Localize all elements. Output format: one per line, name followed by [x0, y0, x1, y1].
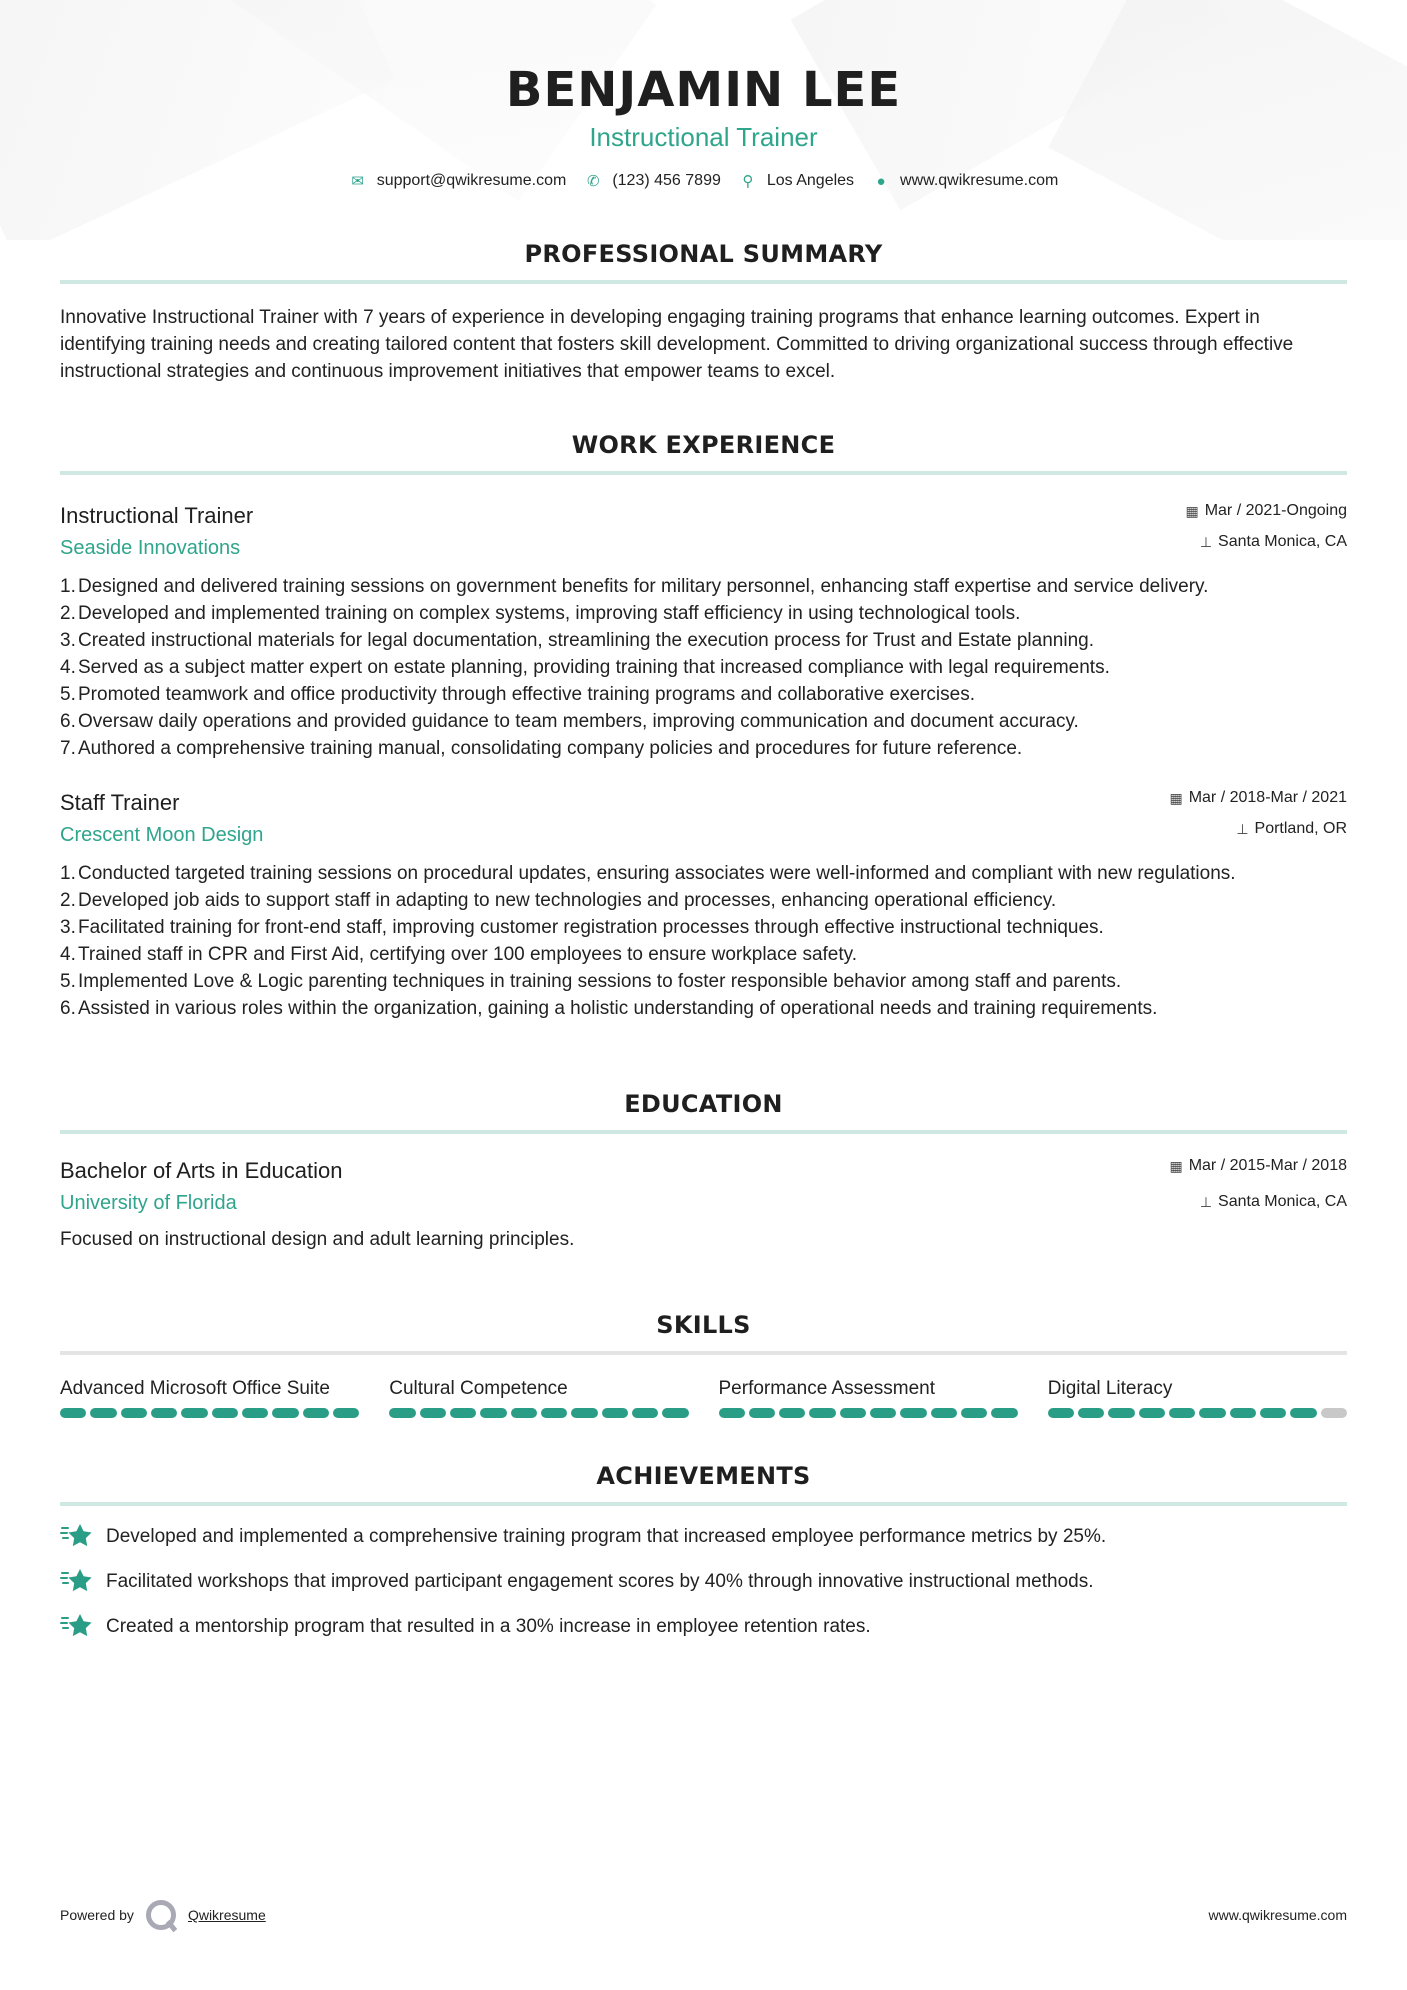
job-date: Mar / 2018-Mar / 2021: [1189, 788, 1347, 808]
skill-level-dot: [779, 1408, 805, 1418]
job-entry: Staff TrainerCrescent Moon Design▦Mar / …: [60, 788, 1347, 1022]
skill-level-dot: [931, 1408, 957, 1418]
skill-level-dot: [1048, 1408, 1074, 1418]
bullet-item: Implemented Love & Logic parenting techn…: [78, 968, 1347, 995]
skill-level-dot: [1108, 1408, 1134, 1418]
job-bullets: Conducted targeted training sessions on …: [60, 860, 1347, 1022]
degree-title: Bachelor of Arts in Education: [60, 1156, 343, 1186]
phone-icon: ✆: [584, 172, 602, 190]
contact-item[interactable]: ⚲Los Angeles: [739, 172, 854, 190]
footer-url[interactable]: www.qwikresume.com: [1209, 1907, 1347, 1923]
resume-header: BENJAMIN LEE Instructional Trainer ✉supp…: [60, 0, 1347, 190]
skill-level-dot: [242, 1408, 268, 1418]
bullet-item: Trained staff in CPR and First Aid, cert…: [78, 941, 1347, 968]
bullet-item: Served as a subject matter expert on est…: [78, 654, 1347, 681]
skill-level-dot: [541, 1408, 567, 1418]
skill-level-dot: [870, 1408, 896, 1418]
section-divider: [60, 1130, 1347, 1134]
bullet-item: Assisted in various roles within the org…: [78, 995, 1347, 1022]
achievement-text: Developed and implemented a comprehensiv…: [106, 1523, 1106, 1550]
section-title: SKILLS: [60, 1311, 1347, 1339]
star-icon: [60, 1612, 94, 1640]
section-skills: SKILLS Advanced Microsoft Office SuiteCu…: [60, 1311, 1347, 1418]
calendar-icon: ▦: [1169, 1156, 1182, 1176]
summary-text: Innovative Instructional Trainer with 7 …: [60, 304, 1347, 385]
resume-page: BENJAMIN LEE Instructional Trainer ✉supp…: [0, 0, 1407, 1640]
skill-level-meter: [60, 1408, 359, 1418]
skill-level-dot: [420, 1408, 446, 1418]
skill-name: Advanced Microsoft Office Suite: [60, 1375, 359, 1402]
skill-level-dot: [272, 1408, 298, 1418]
skill-item: Advanced Microsoft Office Suite: [60, 1375, 359, 1418]
job-location: Portland, OR: [1255, 819, 1347, 839]
contact-text: (123) 456 7899: [612, 172, 721, 190]
job-location: Santa Monica, CA: [1218, 532, 1347, 552]
skill-level-dot: [90, 1408, 116, 1418]
skill-level-dot: [1321, 1408, 1347, 1418]
bullet-item: Oversaw daily operations and provided gu…: [78, 708, 1347, 735]
achievement-item: Created a mentorship program that result…: [60, 1612, 1347, 1640]
bullet-item: Facilitated training for front-end staff…: [78, 914, 1347, 941]
pushpin-icon: ⊥: [1236, 819, 1248, 839]
star-icon: [60, 1522, 94, 1550]
skill-level-dot: [1260, 1408, 1286, 1418]
section-title: PROFESSIONAL SUMMARY: [60, 240, 1347, 268]
contact-item[interactable]: ●www.qwikresume.com: [872, 172, 1058, 190]
bullet-item: Conducted targeted training sessions on …: [78, 860, 1347, 887]
skill-level-dot: [749, 1408, 775, 1418]
achievement-item: Facilitated workshops that improved part…: [60, 1567, 1347, 1595]
calendar-icon: ▦: [1185, 501, 1198, 521]
education-entry: Bachelor of Arts in Education University…: [60, 1156, 1347, 1253]
job-entry: Instructional TrainerSeaside Innovations…: [60, 501, 1347, 762]
skill-level-dot: [181, 1408, 207, 1418]
skill-level-dot: [602, 1408, 628, 1418]
skill-level-dot: [450, 1408, 476, 1418]
candidate-role: Instructional Trainer: [60, 120, 1347, 154]
school-name: University of Florida: [60, 1190, 343, 1216]
candidate-name: BENJAMIN LEE: [60, 58, 1347, 122]
job-date: Mar / 2021-Ongoing: [1205, 501, 1347, 521]
skill-level-dot: [121, 1408, 147, 1418]
qwikresume-logo-icon: [146, 1900, 176, 1930]
company-name: Crescent Moon Design: [60, 822, 263, 848]
section-title: EDUCATION: [60, 1090, 1347, 1118]
skill-level-dot: [571, 1408, 597, 1418]
calendar-icon: ▦: [1169, 788, 1182, 808]
skill-level-dot: [389, 1408, 415, 1418]
skill-item: Digital Literacy: [1048, 1375, 1347, 1418]
contact-bar: ✉support@qwikresume.com✆(123) 456 7899⚲L…: [60, 172, 1347, 190]
skill-level-meter: [389, 1408, 688, 1418]
envelope-icon: ✉: [349, 172, 367, 190]
skill-level-dot: [961, 1408, 987, 1418]
qwikresume-link[interactable]: Qwikresume: [188, 1907, 266, 1923]
skill-item: Performance Assessment: [719, 1375, 1018, 1418]
job-title: Instructional Trainer: [60, 501, 253, 531]
achievement-item: Developed and implemented a comprehensiv…: [60, 1522, 1347, 1550]
contact-text: www.qwikresume.com: [900, 172, 1058, 190]
contact-text: support@qwikresume.com: [377, 172, 567, 190]
skill-level-dot: [632, 1408, 658, 1418]
education-location: Santa Monica, CA: [1218, 1192, 1347, 1212]
contact-text: Los Angeles: [767, 172, 854, 190]
skill-level-dot: [662, 1408, 688, 1418]
skill-level-dot: [212, 1408, 238, 1418]
company-name: Seaside Innovations: [60, 535, 253, 561]
pushpin-icon: ⊥: [1200, 1192, 1212, 1212]
skill-level-meter: [719, 1408, 1018, 1418]
achievement-text: Created a mentorship program that result…: [106, 1613, 871, 1640]
skill-level-dot: [900, 1408, 926, 1418]
skill-level-dot: [1230, 1408, 1256, 1418]
skill-level-dot: [333, 1408, 359, 1418]
skill-name: Cultural Competence: [389, 1375, 688, 1402]
job-bullets: Designed and delivered training sessions…: [60, 573, 1347, 762]
skill-item: Cultural Competence: [389, 1375, 688, 1418]
skill-level-dot: [151, 1408, 177, 1418]
education-date: Mar / 2015-Mar / 2018: [1189, 1156, 1347, 1176]
section-divider: [60, 1351, 1347, 1355]
skill-name: Performance Assessment: [719, 1375, 1018, 1402]
bullet-item: Designed and delivered training sessions…: [78, 573, 1347, 600]
section-divider: [60, 280, 1347, 284]
bullet-item: Developed job aids to support staff in a…: [78, 887, 1347, 914]
contact-item[interactable]: ✆(123) 456 7899: [584, 172, 721, 190]
section-achievements: ACHIEVEMENTS Developed and implemented a…: [60, 1462, 1347, 1640]
bullet-item: Developed and implemented training on co…: [78, 600, 1347, 627]
skill-level-dot: [991, 1408, 1017, 1418]
skill-level-dot: [1139, 1408, 1165, 1418]
section-title: WORK EXPERIENCE: [60, 431, 1347, 459]
section-summary: PROFESSIONAL SUMMARY Innovative Instruct…: [60, 240, 1347, 385]
skill-level-meter: [1048, 1408, 1347, 1418]
job-title: Staff Trainer: [60, 788, 263, 818]
contact-item[interactable]: ✉support@qwikresume.com: [349, 172, 567, 190]
globe-icon: ●: [872, 173, 890, 190]
page-footer: Powered by Qwikresume www.qwikresume.com: [60, 1900, 1347, 1930]
bullet-item: Created instructional materials for lega…: [78, 627, 1347, 654]
section-divider: [60, 471, 1347, 475]
skill-level-dot: [1199, 1408, 1225, 1418]
skill-level-dot: [719, 1408, 745, 1418]
skill-level-dot: [840, 1408, 866, 1418]
skill-level-dot: [303, 1408, 329, 1418]
education-description: Focused on instructional design and adul…: [60, 1226, 1347, 1253]
skill-level-dot: [809, 1408, 835, 1418]
skill-level-dot: [1169, 1408, 1195, 1418]
section-education: EDUCATION Bachelor of Arts in Education …: [60, 1090, 1347, 1253]
skill-level-dot: [480, 1408, 506, 1418]
map-pin-icon: ⚲: [739, 172, 757, 190]
skill-level-dot: [1078, 1408, 1104, 1418]
skill-name: Digital Literacy: [1048, 1375, 1347, 1402]
section-title: ACHIEVEMENTS: [60, 1462, 1347, 1490]
section-experience: WORK EXPERIENCE Instructional TrainerSea…: [60, 431, 1347, 1022]
skill-level-dot: [60, 1408, 86, 1418]
bullet-item: Promoted teamwork and office productivit…: [78, 681, 1347, 708]
skill-level-dot: [511, 1408, 537, 1418]
star-icon: [60, 1567, 94, 1595]
achievement-text: Facilitated workshops that improved part…: [106, 1568, 1093, 1595]
pushpin-icon: ⊥: [1200, 532, 1212, 552]
bullet-item: Authored a comprehensive training manual…: [78, 735, 1347, 762]
section-divider: [60, 1502, 1347, 1506]
powered-by-label: Powered by: [60, 1907, 134, 1923]
skill-level-dot: [1290, 1408, 1316, 1418]
